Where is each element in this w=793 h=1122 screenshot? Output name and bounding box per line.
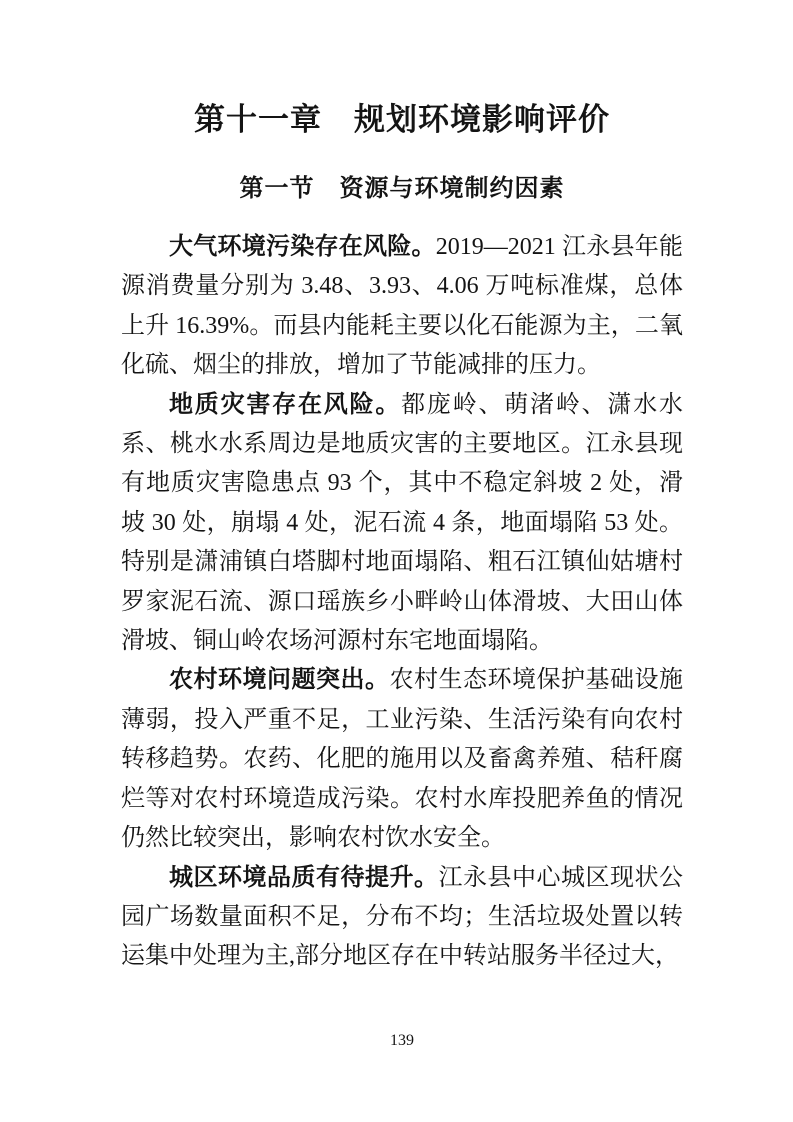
- document-content: 第十一章 规划环境影响评价 第一节 资源与环境制约因素 大气环境污染存在风险。2…: [121, 0, 683, 977]
- document-page: 第十一章 规划环境影响评价 第一节 资源与环境制约因素 大气环境污染存在风险。2…: [0, 0, 793, 1122]
- paragraph-lead: 大气环境污染存在风险。: [169, 234, 436, 260]
- paragraph-lead: 地质灾害存在风险。: [169, 392, 401, 418]
- paragraph-lead: 农村环境问题突出。: [169, 667, 390, 693]
- page-number: 139: [121, 1031, 683, 1051]
- paragraph-text: 都庞岭、萌渚岭、潇水水系、桃水水系周边是地质灾害的主要地区。江永县现有地质灾害隐…: [121, 392, 683, 654]
- paragraph-urban-quality: 城区环境品质有待提升。江永县中心城区现状公园广场数量面积不足，分布不均；生活垃圾…: [121, 859, 683, 977]
- section-title: 第一节 资源与环境制约因素: [121, 174, 683, 204]
- paragraph-air-pollution: 大气环境污染存在风险。2019—2021 江永县年能源消费量分别为 3.48、3…: [121, 228, 683, 386]
- chapter-title: 第十一章 规划环境影响评价: [121, 0, 683, 144]
- paragraph-geological-hazard: 地质灾害存在风险。都庞岭、萌渚岭、潇水水系、桃水水系周边是地质灾害的主要地区。江…: [121, 386, 683, 662]
- paragraph-lead: 城区环境品质有待提升。: [169, 865, 439, 891]
- paragraph-rural-environment: 农村环境问题突出。农村生态环境保护基础设施薄弱，投入严重不足，工业污染、生活污染…: [121, 661, 683, 858]
- paragraph-text: 农村生态环境保护基础设施薄弱，投入严重不足，工业污染、生活污染有向农村转移趋势。…: [121, 667, 683, 851]
